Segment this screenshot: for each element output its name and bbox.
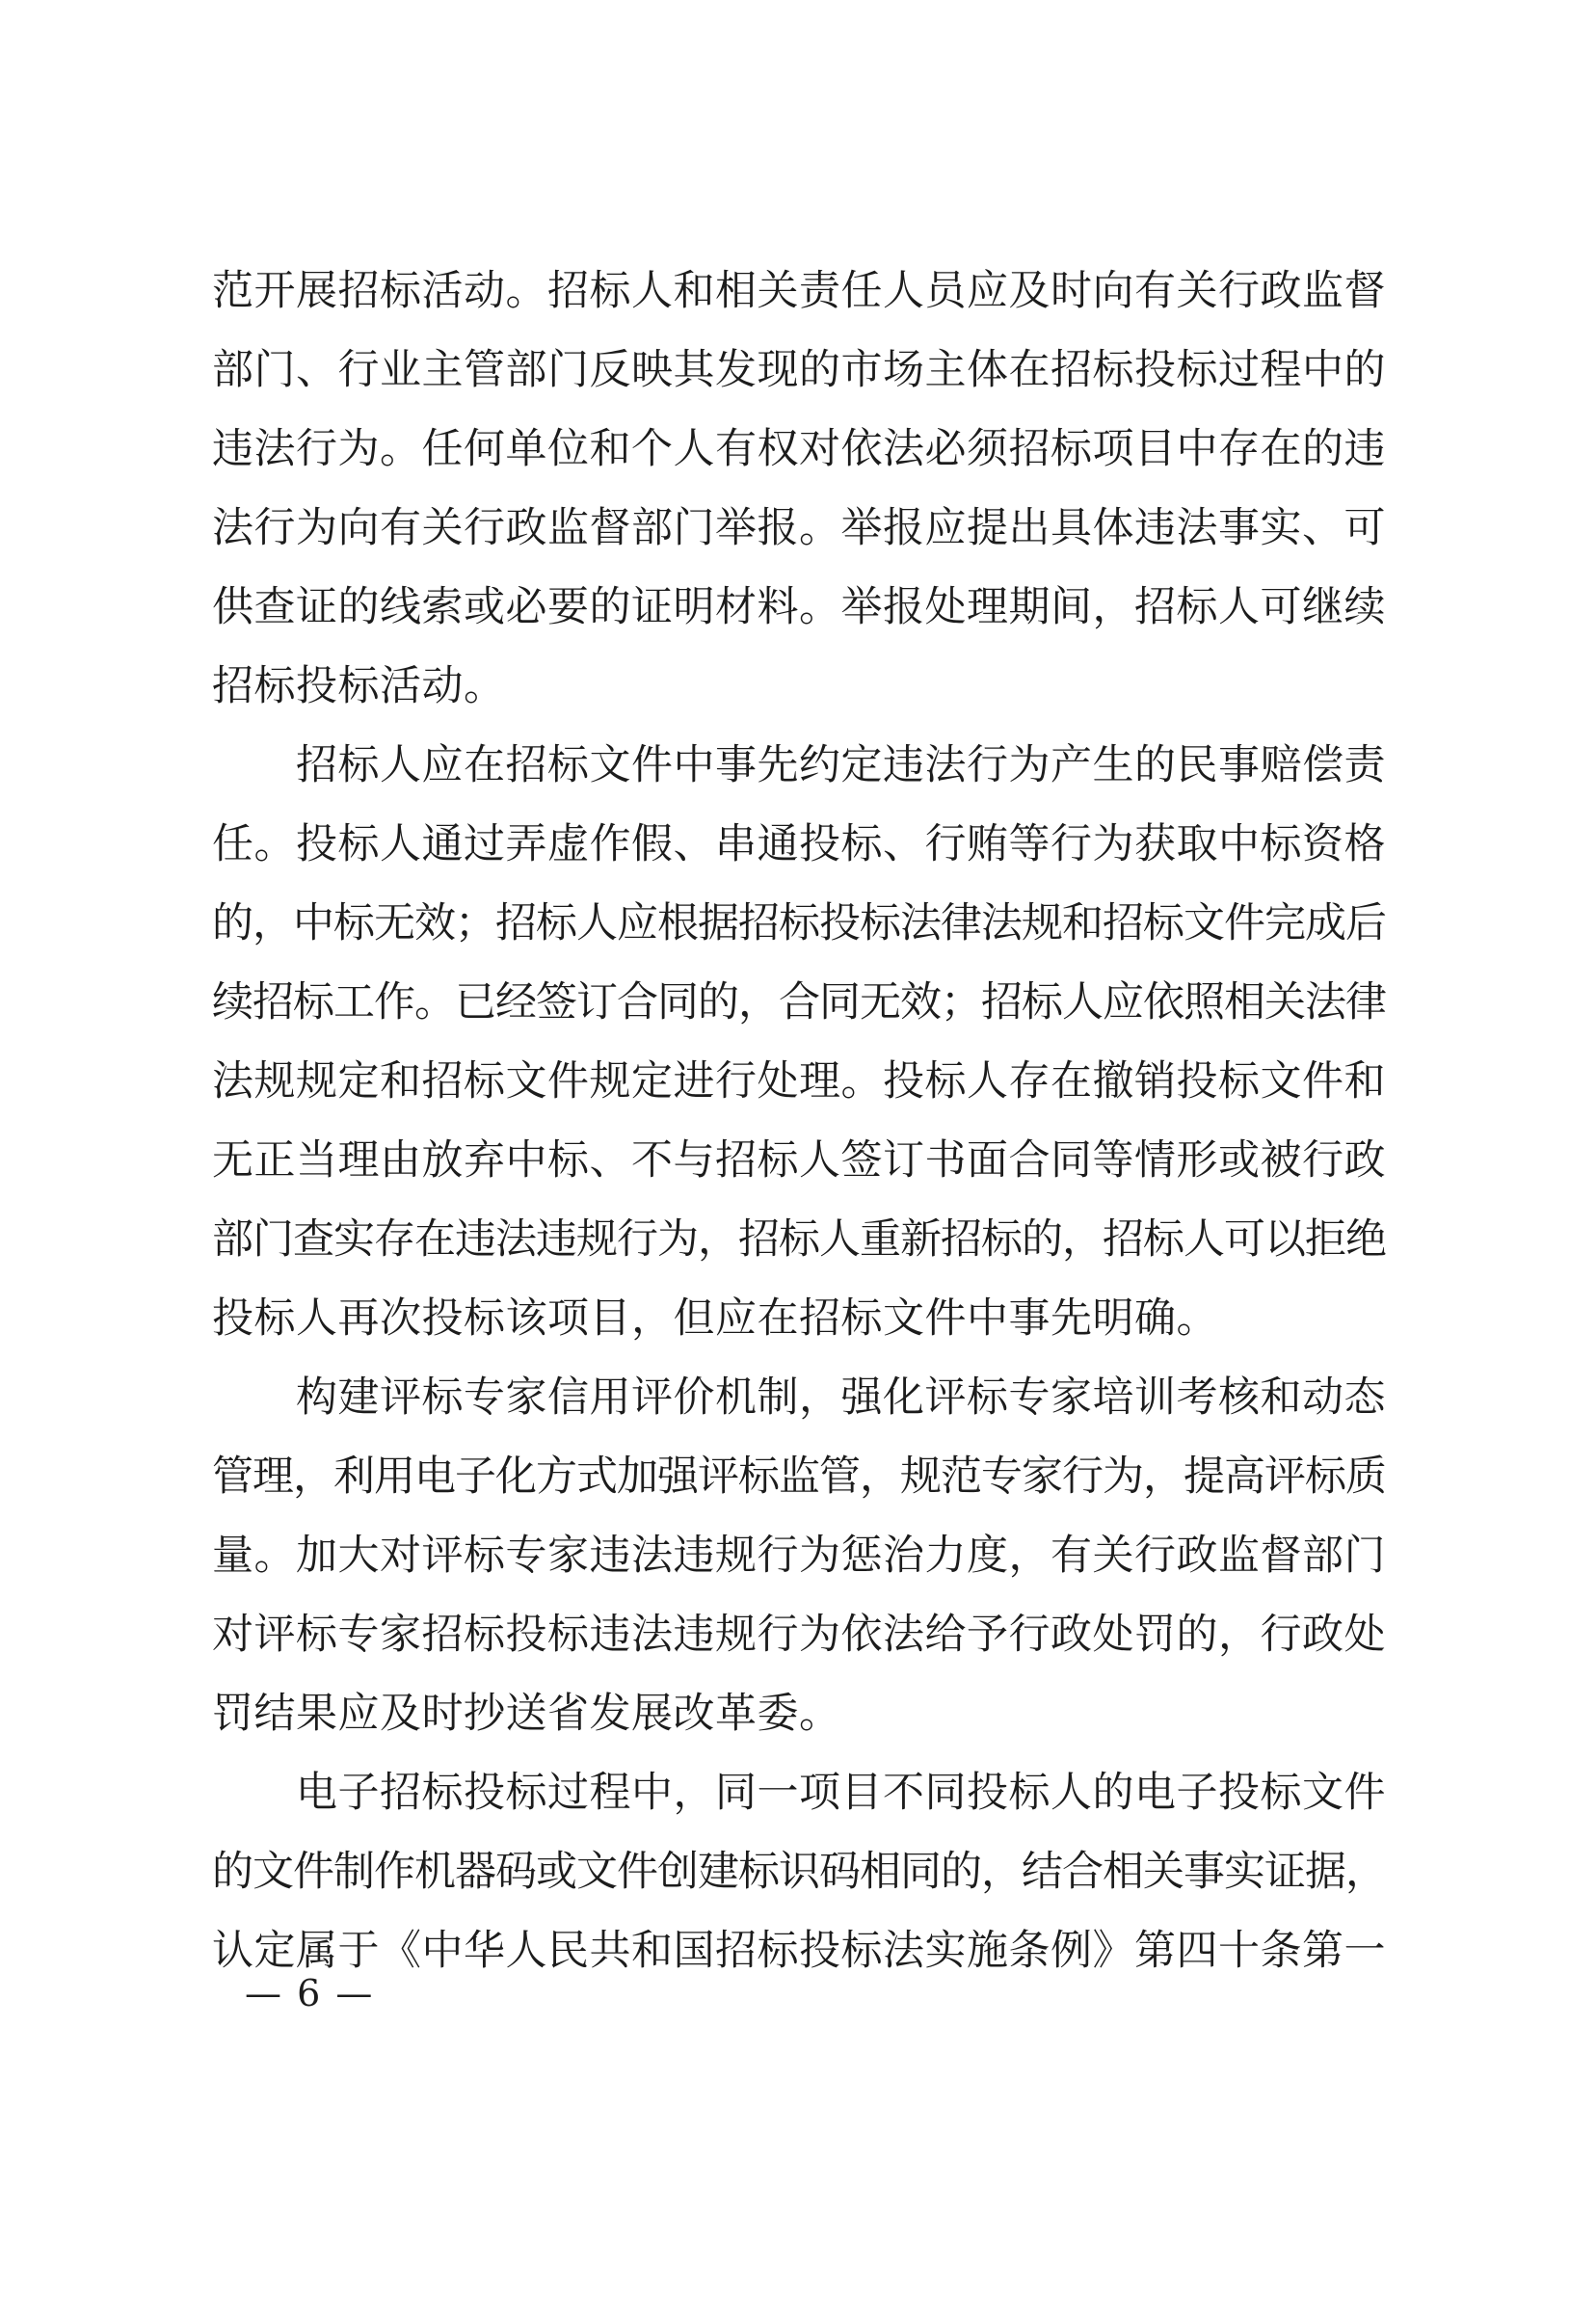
document-page: 范开展招标活动。招标人和相关责任人员应及时向有关行政监督部门、行业主管部门反映其… (0, 0, 1596, 2320)
text-line: 罚结果应及时抄送省发展改革委。 (212, 1674, 1392, 1753)
text-line: 法行为向有关行政监督部门举报。举报应提出具体违法事实、可 (212, 489, 1392, 568)
text-line: 供查证的线索或必要的证明材料。举报处理期间，招标人可继续 (212, 568, 1392, 647)
text-line: 对评标专家招标投标违法违规行为依法给予行政处罚的，行政处 (212, 1595, 1392, 1674)
text-line: 电子招标投标过程中，同一项目不同投标人的电子投标文件 (212, 1753, 1392, 1832)
paragraph: 范开展招标活动。招标人和相关责任人员应及时向有关行政监督部门、行业主管部门反映其… (212, 252, 1392, 726)
text-line: 续招标工作。已经签订合同的，合同无效；招标人应依照相关法律 (212, 963, 1392, 1042)
text-line: 投标人再次投标该项目，但应在招标文件中事先明确。 (212, 1279, 1392, 1358)
text-line: 的，中标无效；招标人应根据招标投标法律法规和招标文件完成后 (212, 884, 1392, 963)
text-line: 无正当理由放弃中标、不与招标人签订书面合同等情形或被行政 (212, 1121, 1392, 1200)
text-line: 法规规定和招标文件规定进行处理。投标人存在撤销投标文件和 (212, 1042, 1392, 1121)
text-line: 构建评标专家信用评价机制，强化评标专家培训考核和动态 (212, 1358, 1392, 1437)
paragraph: 电子招标投标过程中，同一项目不同投标人的电子投标文件的文件制作机器码或文件创建标… (212, 1753, 1392, 1990)
text-line: 的文件制作机器码或文件创建标识码相同的，结合相关事实证据， (212, 1832, 1392, 1911)
paragraph: 构建评标专家信用评价机制，强化评标专家培训考核和动态管理，利用电子化方式加强评标… (212, 1358, 1392, 1753)
text-line: 招标人应在招标文件中事先约定违法行为产生的民事赔偿责 (212, 726, 1392, 805)
text-line: 量。加大对评标专家违法违规行为惩治力度，有关行政监督部门 (212, 1516, 1392, 1595)
text-line: 管理，利用电子化方式加强评标监管，规范专家行为，提高评标质 (212, 1437, 1392, 1516)
text-line: 部门、行业主管部门反映其发现的市场主体在招标投标过程中的 (212, 331, 1392, 410)
text-line: 违法行为。任何单位和个人有权对依法必须招标项目中存在的违 (212, 410, 1392, 489)
text-line: 范开展招标活动。招标人和相关责任人员应及时向有关行政监督 (212, 252, 1392, 331)
text-line: 认定属于《中华人民共和国招标投标法实施条例》第四十条第一 (212, 1911, 1392, 1990)
text-line: 部门查实存在违法违规行为，招标人重新招标的，招标人可以拒绝 (212, 1200, 1392, 1279)
text-line: 任。投标人通过弄虚作假、串通投标、行贿等行为获取中标资格 (212, 805, 1392, 884)
paragraph: 招标人应在招标文件中事先约定违法行为产生的民事赔偿责任。投标人通过弄虚作假、串通… (212, 726, 1392, 1358)
text-line: 招标投标活动。 (212, 647, 1392, 726)
document-body: 范开展招标活动。招标人和相关责任人员应及时向有关行政监督部门、行业主管部门反映其… (212, 252, 1392, 1990)
page-number: — 6 — (245, 1972, 374, 2014)
